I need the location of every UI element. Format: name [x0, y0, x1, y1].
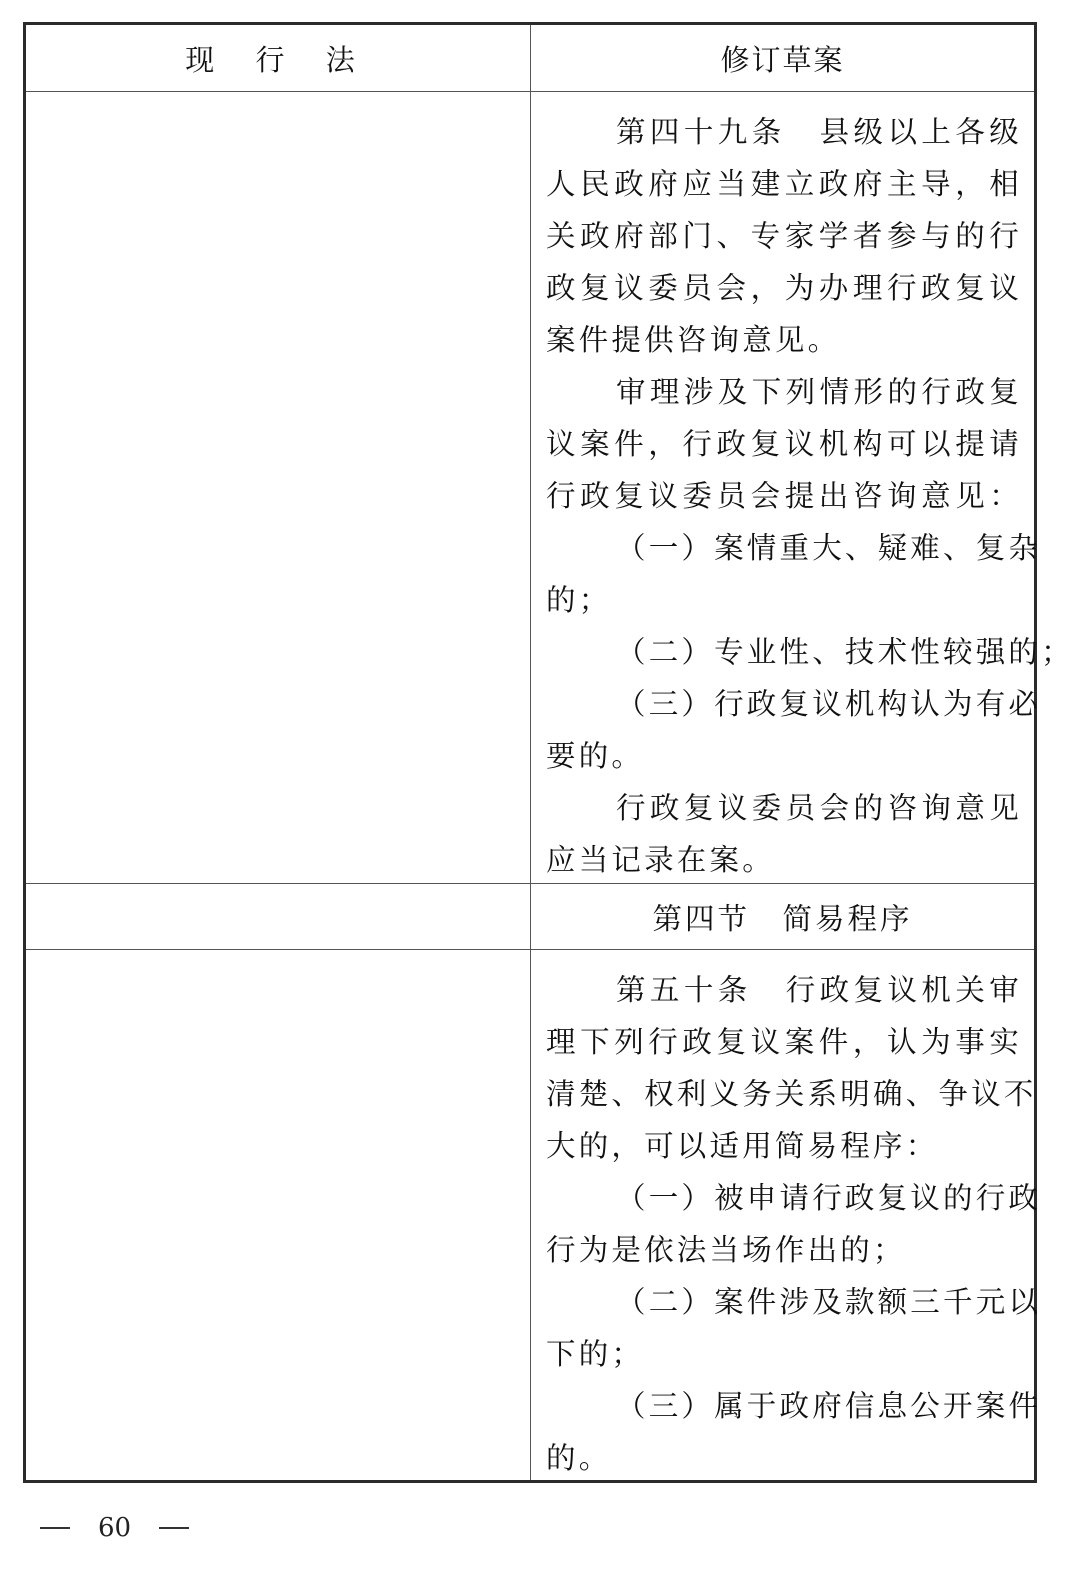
text-line: 人民政府应当建立政府主导，相 [546, 158, 1022, 210]
text-line: （三）行政复议机构认为有必 [546, 678, 1022, 730]
text-line: 行政复议委员会提出咨询意见： [546, 470, 1022, 522]
header-revised-draft: 修订草案 [531, 25, 1034, 91]
text-line: 行政复议委员会的咨询意见 [546, 782, 1022, 834]
section-title: 第四节 简易程序 [531, 884, 1034, 949]
text-line: 行为是依法当场作出的； [546, 1224, 1022, 1276]
table-header-row: 现 行 法 修订草案 [26, 25, 1034, 92]
page-number-footer: 60 [40, 1513, 189, 1543]
header-current-law: 现 行 法 [26, 25, 531, 91]
revised-draft-cell: 第五十条 行政复议机关审理下列行政复议案件，认为事实清楚、权利义务关系明确、争议… [531, 950, 1034, 1480]
current-law-cell-empty [26, 92, 531, 883]
text-line: 第五十条 行政复议机关审 [546, 964, 1022, 1016]
text-line: 的； [546, 574, 1022, 626]
text-line: 审理涉及下列情形的行政复 [546, 366, 1022, 418]
article-50-text: 第五十条 行政复议机关审理下列行政复议案件，认为事实清楚、权利义务关系明确、争议… [546, 964, 1022, 1484]
table-row-article-50: 第五十条 行政复议机关审理下列行政复议案件，认为事实清楚、权利义务关系明确、争议… [26, 950, 1034, 1480]
comparison-table: 现 行 法 修订草案 第四十九条 县级以上各级人民政府应当建立政府主导，相关政府… [23, 22, 1037, 1483]
text-line: 下的； [546, 1328, 1022, 1380]
text-line: （三）属于政府信息公开案件 [546, 1380, 1022, 1432]
current-law-cell-empty [26, 884, 531, 949]
text-line: 要的。 [546, 730, 1022, 782]
text-line: （一）案情重大、疑难、复杂 [546, 522, 1022, 574]
text-line: （二）案件涉及款额三千元以 [546, 1276, 1022, 1328]
page-number: 60 [98, 1513, 131, 1543]
article-49-text: 第四十九条 县级以上各级人民政府应当建立政府主导，相关政府部门、专家学者参与的行… [546, 106, 1022, 886]
dash-right [159, 1527, 189, 1529]
dash-left [40, 1527, 70, 1529]
text-line: （二）专业性、技术性较强的； [546, 626, 1022, 678]
current-law-cell-empty [26, 950, 531, 1480]
text-line: 理下列行政复议案件，认为事实 [546, 1016, 1022, 1068]
text-line: 议案件，行政复议机构可以提请 [546, 418, 1022, 470]
text-line: 应当记录在案。 [546, 834, 1022, 886]
text-line: 案件提供咨询意见。 [546, 314, 1022, 366]
text-line: 大的，可以适用简易程序： [546, 1120, 1022, 1172]
text-line: 清楚、权利义务关系明确、争议不 [546, 1068, 1022, 1120]
text-line: 关政府部门、专家学者参与的行 [546, 210, 1022, 262]
text-line: （一）被申请行政复议的行政 [546, 1172, 1022, 1224]
text-line: 政复议委员会，为办理行政复议 [546, 262, 1022, 314]
table-row-section-title: 第四节 简易程序 [26, 884, 1034, 950]
table-row-article-49: 第四十九条 县级以上各级人民政府应当建立政府主导，相关政府部门、专家学者参与的行… [26, 92, 1034, 884]
revised-draft-cell: 第四十九条 县级以上各级人民政府应当建立政府主导，相关政府部门、专家学者参与的行… [531, 92, 1034, 883]
text-line: 第四十九条 县级以上各级 [546, 106, 1022, 158]
text-line: 的。 [546, 1432, 1022, 1484]
